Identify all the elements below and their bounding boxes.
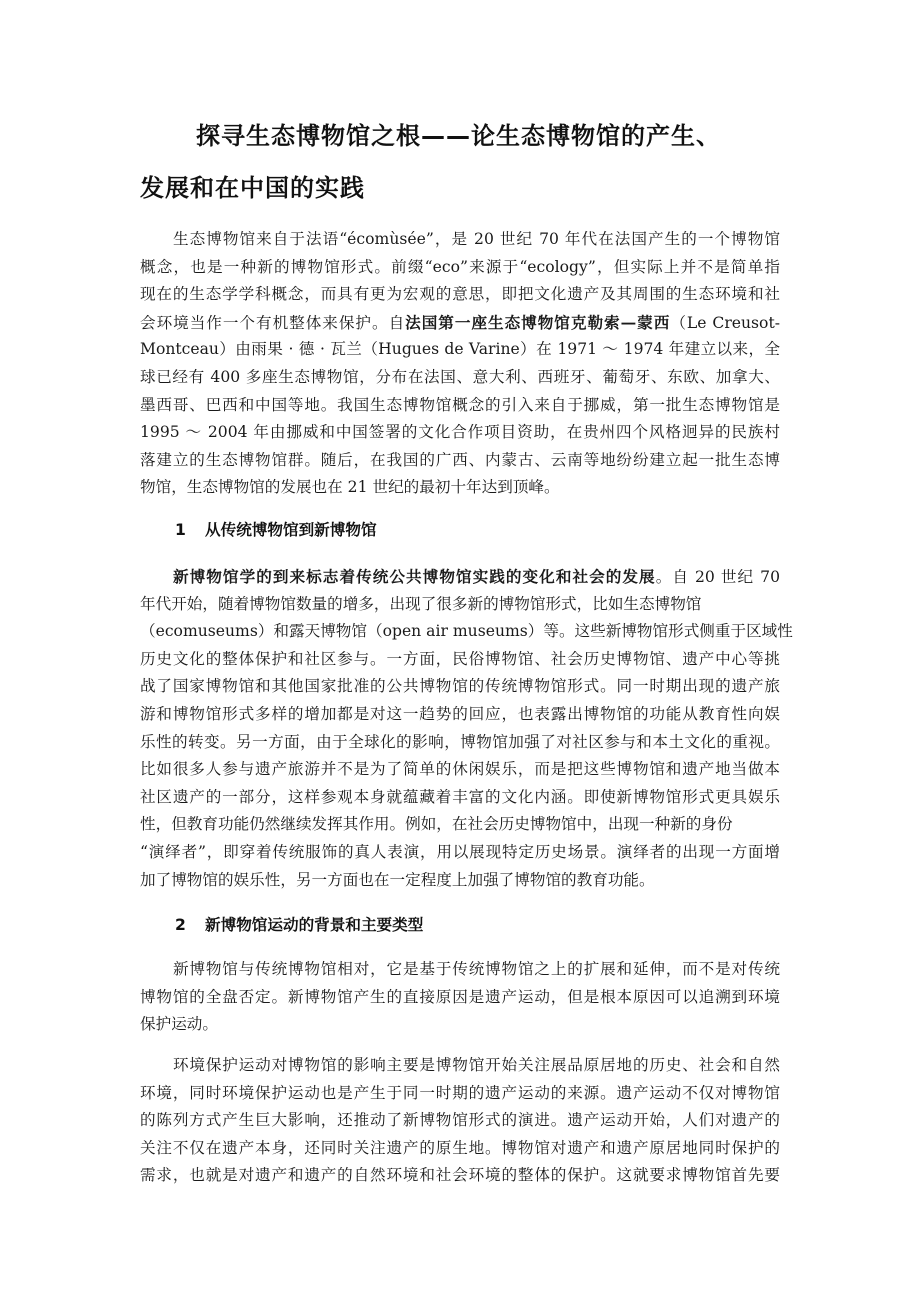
text-line: 历史文化的整体保护和社区参与。一方面，民俗博物馆、社会历史博物馆、遗产中心等挑 [140,646,780,674]
text-line: 物馆，生态博物馆的发展也在 21 世纪的最初十年达到顶峰。 [140,474,780,502]
intro-paragraph: 生态博物馆来自于法语“écomùsée”，是 20 世纪 70 年代在法国产生的… [140,226,780,502]
text-line: 球已经有 400 多座生态博物馆，分布在法国、意大利、西班牙、葡萄牙、东欧、加拿… [140,364,780,392]
text-line: 年代开始，随着博物馆数量的增多，出现了很多新的博物馆形式，比如生态博物馆 [140,591,780,619]
text-line: 乐性的转变。另一方面，由于全球化的影响，博物馆加强了对社区参与和本土文化的重视。 [140,729,780,757]
text-segment: 会环境当作一个有机整体来保护。自 [140,314,405,332]
section-number: 2 [175,916,205,934]
bold-phrase: 法国第一座生态博物馆克勒索—蒙西 [405,313,670,332]
text-line: 性，但教育功能仍然继续发挥其作用。例如，在社会历史博物馆中，出现一种新的身份 [140,811,780,839]
text-line: 现在的生态学学科概念，而具有更为宏观的意思，即把文化遗产及其周围的生态环境和社 [140,281,780,309]
bold-lead: 新博物馆学的到来标志着传统公共博物馆实践的变化和社会的发展 [173,567,656,586]
text-line: 环境保护运动对博物馆的影响主要是博物馆开始关注展品原居地的历史、社会和自然 [140,1052,780,1080]
text-line: “演绎者”，即穿着传统服饰的真人表演，用以展现特定历史场景。演绎者的出现一方面增 [140,839,780,867]
text-line: 加了博物馆的娱乐性，另一方面也在一定程度上加强了博物馆的教育功能。 [140,867,780,895]
text-line: 战了国家博物馆和其他国家批准的公共博物馆的传统博物馆形式。同一时期出现的遗产旅 [140,673,780,701]
section-1-heading: 1从传统博物馆到新博物馆 [175,518,377,540]
text-line: 环境，同时环境保护运动也是产生于同一时期的遗产运动的来源。遗产运动不仅对博物馆 [140,1080,780,1108]
text-line: 的陈列方式产生巨大影响，还推动了新博物馆形式的演进。遗产运动开始，人们对遗产的 [140,1107,780,1135]
text-line: 生态博物馆来自于法语“écomùsée”，是 20 世纪 70 年代在法国产生的… [140,226,780,254]
text-line: 游和博物馆形式多样的增加都是对这一趋势的回应，也表露出博物馆的功能从教育性向娱 [140,701,780,729]
text-line: Montceau）由雨果 · 德 · 瓦兰（Hugues de Varine）在… [140,336,780,364]
text-line: 落建立的生态博物馆群。随后，在我国的广西、内蒙古、云南等地纷纷建立起一批生态博 [140,447,780,475]
text-segment: 。自 20 世纪 70 [656,568,780,586]
section-1-paragraph: 新博物馆学的到来标志着传统公共博物馆实践的变化和社会的发展。自 20 世纪 70… [140,563,780,894]
text-line: 博物馆的全盘否定。新博物馆产生的直接原因是遗产运动，但是根本原因可以追溯到环境 [140,984,780,1012]
text-line: 需求，也就是对遗产和遗产的自然环境和社会环境的整体的保护。这就要求博物馆首先要 [140,1162,780,1190]
text-line: 保护运动。 [140,1011,780,1039]
section-title: 新博物馆运动的背景和主要类型 [205,916,423,934]
text-line: 1995 ～ 2004 年由挪威和中国签署的文化合作项目资助，在贵州四个风格迥异… [140,419,780,447]
section-2-heading: 2新博物馆运动的背景和主要类型 [175,913,423,935]
text-line: 概念，也是一种新的博物馆形式。前缀“eco”来源于“ecology”，但实际上并… [140,254,780,282]
text-line: 社区遗产的一部分，这样参观本身就蕴藏着丰富的文化内涵。即使新博物馆形式更具娱乐 [140,784,780,812]
text-line: 墨西哥、巴西和中国等地。我国生态博物馆概念的引入来自于挪威，第一批生态博物馆是 [140,392,780,420]
text-line: 比如很多人参与遗产旅游并不是为了简单的休闲娱乐，而是把这些博物馆和遗产地当做本 [140,756,780,784]
text-line: 新博物馆与传统博物馆相对，它是基于传统博物馆之上的扩展和延伸，而不是对传统 [140,956,780,984]
text-segment: （Le Creusot- [670,314,780,332]
title-line-2: 发展和在中国的实践 [140,168,365,203]
section-number: 1 [175,521,205,539]
text-line: 会环境当作一个有机整体来保护。自法国第一座生态博物馆克勒索—蒙西（Le Creu… [140,309,780,337]
section-title: 从传统博物馆到新博物馆 [205,521,377,539]
text-line: 新博物馆学的到来标志着传统公共博物馆实践的变化和社会的发展。自 20 世纪 70 [140,563,780,591]
title-line-1: 探寻生态博物馆之根——论生态博物馆的产生、 [196,116,721,151]
text-line: （ecomuseums）和露天博物馆（open air museums）等。这些… [140,618,780,646]
text-line: 关注不仅在遗产本身，还同时关注遗产的原生地。博物馆对遗产和遗产原居地同时保护的 [140,1135,780,1163]
section-2-paragraph-2: 环境保护运动对博物馆的影响主要是博物馆开始关注展品原居地的历史、社会和自然 环境… [140,1052,780,1190]
section-2-paragraph-1: 新博物馆与传统博物馆相对，它是基于传统博物馆之上的扩展和延伸，而不是对传统 博物… [140,956,780,1039]
document-page: 探寻生态博物馆之根——论生态博物馆的产生、 发展和在中国的实践 生态博物馆来自于… [0,0,920,1302]
